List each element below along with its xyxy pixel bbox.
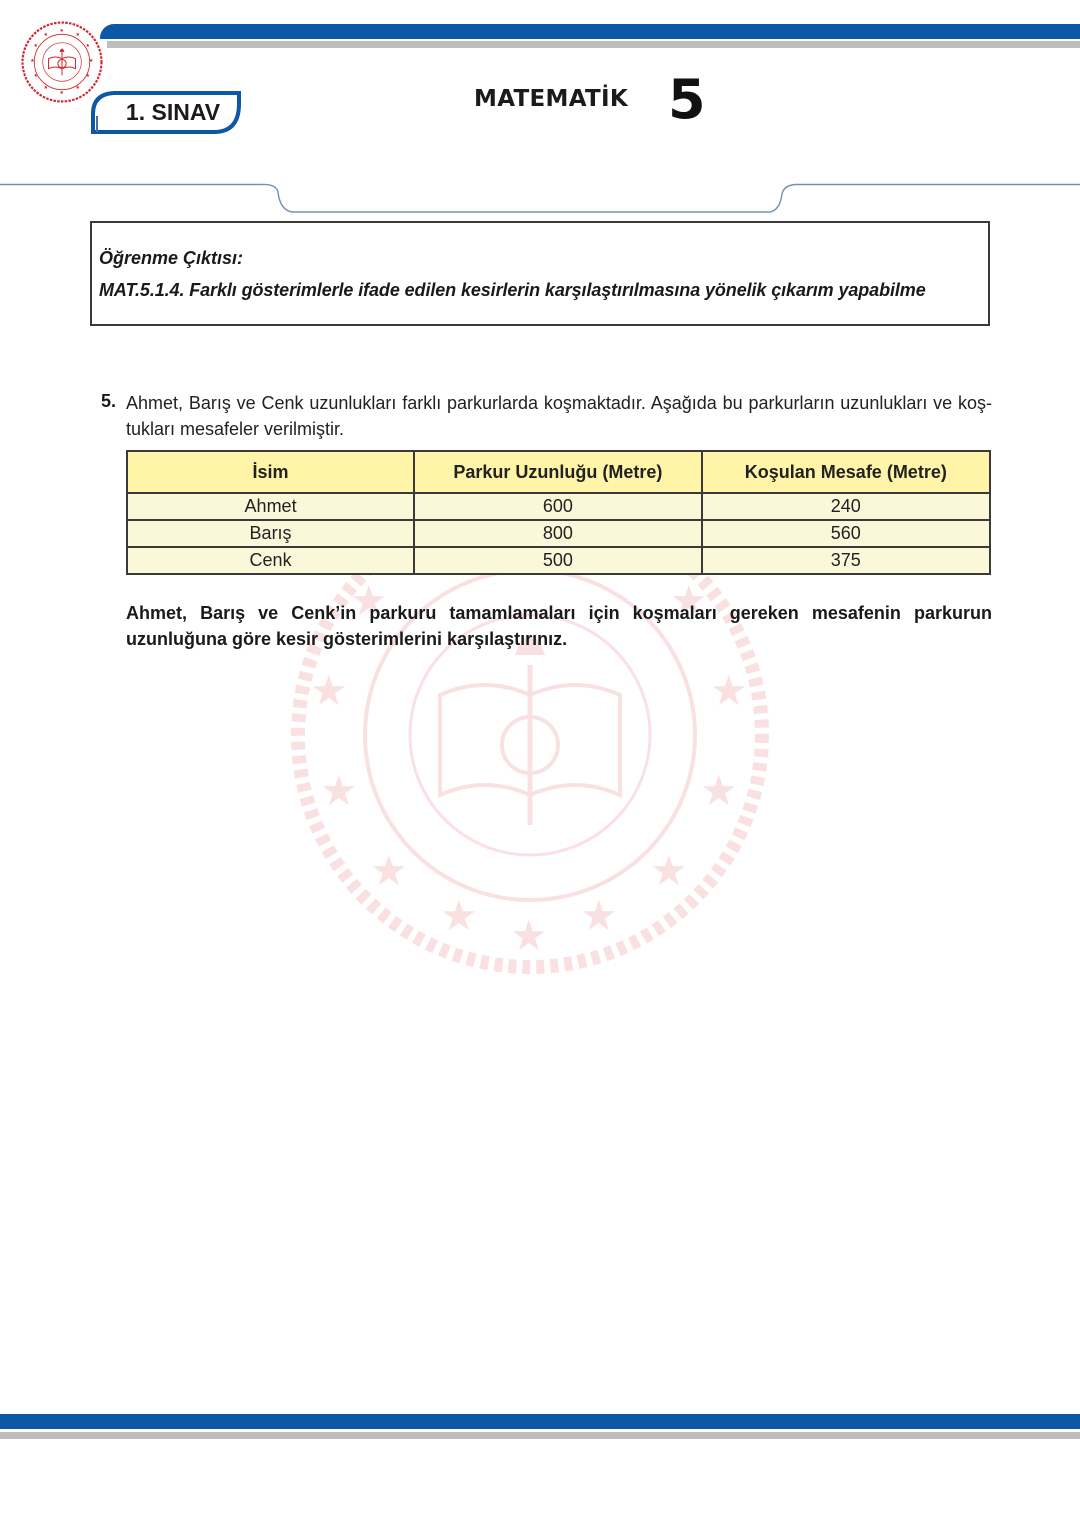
svg-text:★: ★ bbox=[510, 912, 548, 959]
table-cell-distance-run: 560 bbox=[702, 520, 990, 547]
svg-text:★: ★ bbox=[30, 58, 35, 64]
table-header-track-length: Parkur Uzunluğu (Metre) bbox=[414, 451, 702, 493]
table-cell-name: Cenk bbox=[127, 547, 414, 574]
learning-outcome-title: Öğrenme Çıktısı: bbox=[99, 248, 243, 269]
learning-outcome-text: MAT.5.1.4. Farklı gösterimlerle ifade ed… bbox=[99, 280, 926, 301]
table-row: Cenk 500 375 bbox=[127, 547, 990, 574]
svg-text:★: ★ bbox=[44, 32, 49, 38]
svg-text:★: ★ bbox=[650, 847, 688, 894]
grade-number: 5 bbox=[668, 68, 706, 131]
table-row: Ahmet 600 240 bbox=[127, 493, 990, 520]
svg-text:★: ★ bbox=[33, 43, 38, 49]
header-blue-bar bbox=[100, 24, 1080, 39]
table-cell-track-length: 600 bbox=[414, 493, 702, 520]
distance-table: İsim Parkur Uzunluğu (Metre) Koşulan Mes… bbox=[126, 450, 991, 575]
svg-text:★: ★ bbox=[370, 847, 408, 894]
learning-outcome-box bbox=[90, 221, 990, 326]
table-row: Barış 800 560 bbox=[127, 520, 990, 547]
svg-text:★: ★ bbox=[75, 32, 80, 38]
table-header-row: İsim Parkur Uzunluğu (Metre) Koşulan Mes… bbox=[127, 451, 990, 493]
table-header-name: İsim bbox=[127, 451, 414, 493]
table-cell-track-length: 800 bbox=[414, 520, 702, 547]
svg-text:★: ★ bbox=[86, 73, 91, 79]
header-divider bbox=[0, 180, 1080, 220]
footer-blue-bar bbox=[0, 1414, 1080, 1429]
svg-text:★: ★ bbox=[59, 28, 64, 34]
svg-text:★: ★ bbox=[580, 892, 618, 939]
table-cell-name: Ahmet bbox=[127, 493, 414, 520]
header-gray-bar bbox=[107, 41, 1080, 48]
svg-text:★: ★ bbox=[44, 85, 49, 91]
svg-text:★: ★ bbox=[75, 85, 80, 91]
table-cell-distance-run: 375 bbox=[702, 547, 990, 574]
table-cell-track-length: 500 bbox=[414, 547, 702, 574]
svg-text:★: ★ bbox=[89, 58, 94, 64]
svg-text:★: ★ bbox=[33, 73, 38, 79]
svg-text:★: ★ bbox=[320, 767, 358, 814]
question-text: Ahmet, Barış ve Cenk uzunlukları farklı … bbox=[126, 390, 992, 442]
table-header-distance-run: Koşulan Mesafe (Metre) bbox=[702, 451, 990, 493]
footer-gray-bar bbox=[0, 1432, 1080, 1439]
question-prompt: Ahmet, Barış ve Cenk’in parkuru tamamlam… bbox=[126, 600, 992, 652]
svg-text:★: ★ bbox=[700, 767, 738, 814]
svg-text:★: ★ bbox=[710, 667, 748, 714]
svg-text:★: ★ bbox=[310, 667, 348, 714]
svg-text:★: ★ bbox=[59, 90, 64, 96]
subject-title: MATEMATİK bbox=[474, 86, 628, 112]
exam-label: 1. SINAV bbox=[90, 90, 242, 134]
svg-text:★: ★ bbox=[86, 43, 91, 49]
table-cell-name: Barış bbox=[127, 520, 414, 547]
svg-text:★: ★ bbox=[440, 892, 478, 939]
table-cell-distance-run: 240 bbox=[702, 493, 990, 520]
question-number: 5. bbox=[101, 391, 116, 412]
